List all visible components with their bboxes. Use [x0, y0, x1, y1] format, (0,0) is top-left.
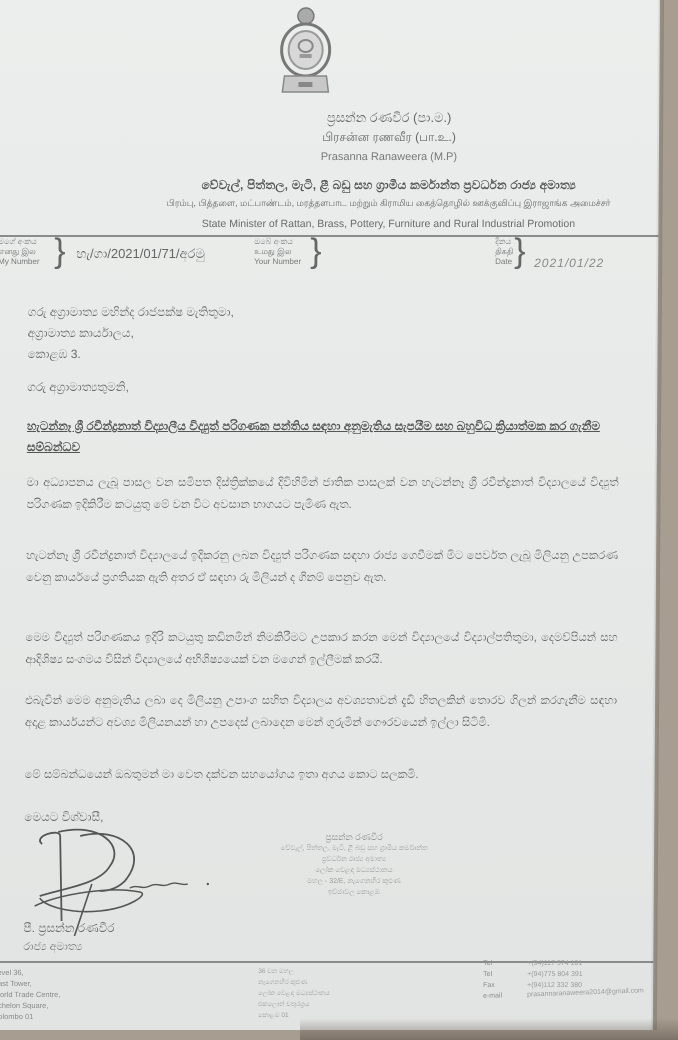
- brace-icon: }: [310, 232, 322, 270]
- minister-name-english: Prasanna Ranaweera (M.P): [59, 151, 678, 163]
- recipient-address: ගරු අග්‍රාමාත්‍ය මහින්ද රාජපක්ෂ මැතිතුමා…: [27, 302, 233, 365]
- body-paragraph: මා අධ්‍යාපනය ලැබූ පාසල වන සමිපත දිස්ත්‍ර…: [26, 472, 618, 516]
- letter-subject: හැටන්නෑ ශ්‍රී රවීන්ද්‍රනාත් විද්‍යාලීය ව…: [27, 416, 617, 458]
- body-paragraph: මෙම විද්‍යුත් පරිගණකය ඉදිරි කටයුතු කඩිනම…: [25, 627, 617, 671]
- your-number-labels: ඔබේ අංකය உமது இல Your Number: [254, 237, 301, 267]
- my-number-value: හැ/ගා/2021/01/71/අරමු: [76, 246, 205, 262]
- page-shadow: [300, 1018, 678, 1040]
- ministry-title-english: State Minister of Rattan, Brass, Pottery…: [58, 218, 678, 230]
- ministry-title-tamil: பிரம்பு, பித்தளை, மட்பாண்டம், மரத்தளபாட …: [59, 198, 678, 210]
- header-divider: [0, 235, 658, 237]
- state-emblem-icon: [276, 4, 335, 96]
- signature-image: [29, 826, 220, 936]
- signatory-title: රාජ්‍ය අමාත්‍ය: [23, 941, 82, 954]
- signatory-name: පී. ප්‍රසන්න රණවීර: [23, 921, 114, 936]
- contact-tel-2: Tel+(94)775 804 391: [483, 969, 644, 980]
- valediction: මෙයට විශ්වාසී,: [24, 810, 103, 825]
- ministry-title-sinhala: වේවැල්, පිත්තල, මැටි, ළී බඩු සහ ග්‍රාමීය…: [59, 178, 678, 193]
- body-paragraph: මේ සම්බන්ධයෙන් ඔබතුමන් මා වෙත දක්වන සහයෝ…: [25, 764, 617, 786]
- contact-tel-1: Tel+(94)117 574 101: [483, 958, 644, 969]
- brace-icon: }: [514, 232, 526, 270]
- date-labels: දිනය திகதி Date: [495, 237, 513, 267]
- footer-address-local: 36 වන මහල නැගෙනහිර කුළුණ ලෝක වෙළඳ මධ්‍යස…: [258, 966, 330, 1021]
- minister-name-tamil: பிரசன்ன ரணவீர (பா.உ.): [59, 130, 678, 146]
- brace-icon: }: [54, 232, 66, 270]
- footer-address-english: Level 36, East Tower, World Trade Centre…: [0, 967, 61, 1022]
- body-paragraph: හැටන්නෑ ශ්‍රී රවීන්ද්‍රනාත් විද්‍යාලයේ ඉ…: [26, 545, 618, 589]
- minister-name-sinhala: ප්‍රසන්න රණවීර (පා.ම.): [59, 110, 678, 126]
- salutation: ගරු අග්‍රාමාත්‍යතුමනි,: [27, 380, 129, 395]
- body-paragraph: එබැවින් මෙම අනුමැතිය ලබා දෙ මිලියනු උපාං…: [25, 690, 617, 734]
- date-value: 2021/01/22: [534, 256, 604, 270]
- official-stamp: ප්‍රසන්න රණවීර වේවැල්, පිත්තල, මැටි, ළී …: [234, 832, 474, 898]
- footer-contacts: Tel+(94)117 574 101 Tel+(94)775 804 391 …: [483, 958, 644, 1002]
- my-number-labels: මගේ අංකය எனது இல My Number: [0, 237, 40, 267]
- letter-page: ප්‍රසන්න රණවීර (පා.ම.) பிரசன்ன ரணவீர (பா…: [0, 0, 660, 1030]
